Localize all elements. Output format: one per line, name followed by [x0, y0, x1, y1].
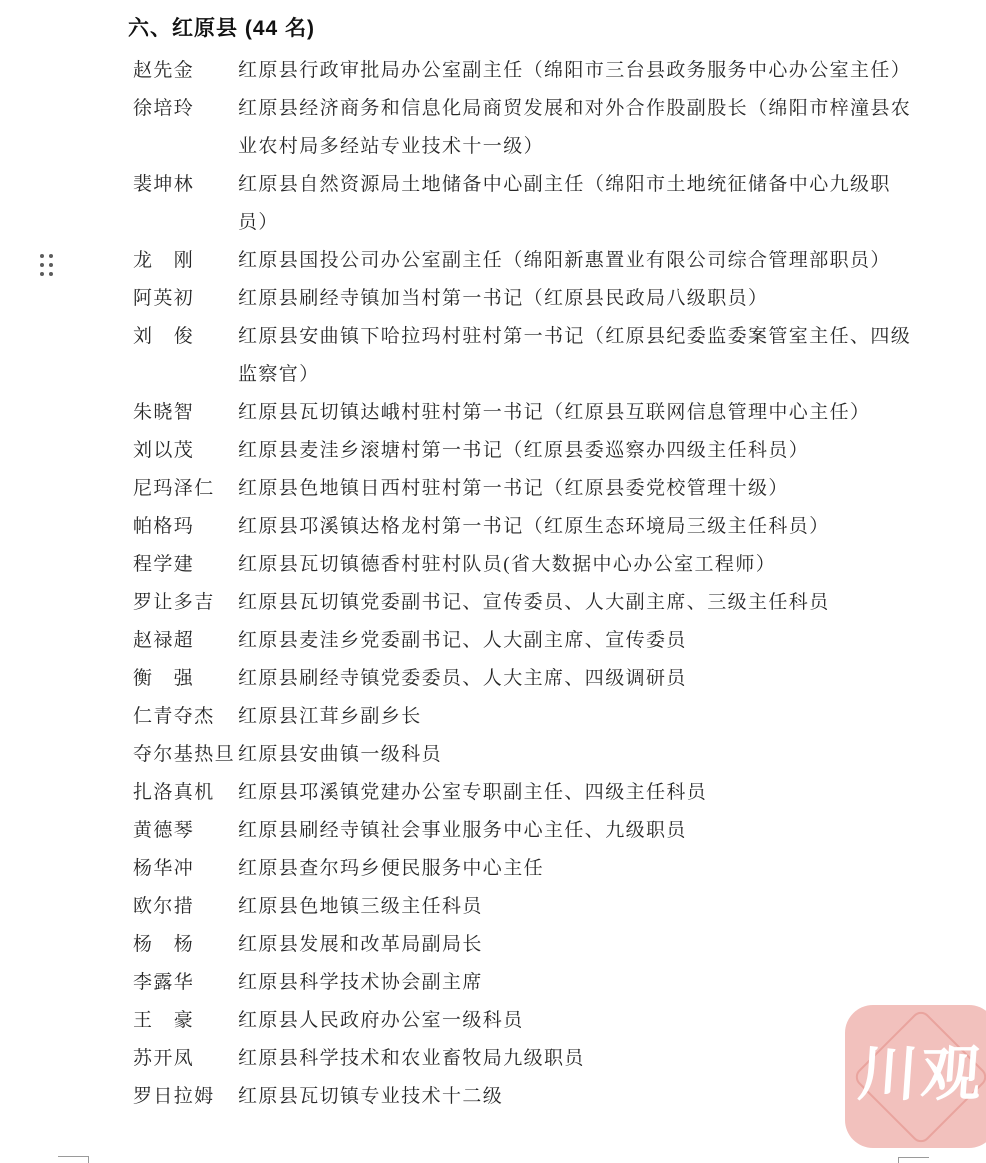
- list-item: 刘以茂红原县麦洼乡滚塘村第一书记（红原县委巡察办四级主任科员）: [133, 432, 923, 470]
- drag-handle-icon[interactable]: [36, 250, 57, 280]
- list-item: 李露华红原县科学技术协会副主席: [133, 964, 923, 1002]
- dot: [49, 272, 53, 276]
- list-item: 杨华冲红原县查尔玛乡便民服务中心主任: [133, 850, 923, 888]
- list-item: 扎洛真机红原县邛溪镇党建办公室专职副主任、四级主任科员: [133, 774, 923, 812]
- section-title: 六、红原县 (44 名): [128, 12, 315, 42]
- list-item: 帕格玛红原县邛溪镇达格龙村第一书记（红原生态环境局三级主任科员）: [133, 508, 923, 546]
- entry-name: 裴坤林: [133, 166, 238, 204]
- list-item: 阿英初红原县刷经寺镇加当村第一书记（红原县民政局八级职员）: [133, 280, 923, 318]
- dot: [49, 263, 53, 267]
- entry-name: 帕格玛: [133, 508, 238, 546]
- entry-name: 罗让多吉: [133, 584, 238, 622]
- entry-position: 红原县经济商务和信息化局商贸发展和对外合作股副股长（绵阳市梓潼县农业农村局多经站…: [238, 90, 914, 166]
- list-item: 赵禄超红原县麦洼乡党委副书记、人大副主席、宣传委员: [133, 622, 923, 660]
- dot: [40, 272, 44, 276]
- cutoff-box-corner-left: [58, 1156, 89, 1163]
- entry-name: 仁青夺杰: [133, 698, 238, 736]
- entry-name: 赵先金: [133, 52, 238, 90]
- cutoff-box-corner-right: [898, 1157, 929, 1163]
- entry-name: 杨 杨: [133, 926, 238, 964]
- list-item: 刘 俊红原县安曲镇下哈拉玛村驻村第一书记（红原县纪委监委案管室主任、四级监察官）: [133, 318, 923, 394]
- list-item: 夺尔基热旦红原县安曲镇一级科员: [133, 736, 923, 774]
- list-item: 程学建红原县瓦切镇德香村驻村队员(省大数据中心办公室工程师）: [133, 546, 923, 584]
- entry-name: 欧尔措: [133, 888, 238, 926]
- list-item: 赵先金红原县行政审批局办公室副主任（绵阳市三台县政务服务中心办公室主任）: [133, 52, 923, 90]
- entry-position: 红原县刷经寺镇加当村第一书记（红原县民政局八级职员）: [238, 280, 914, 318]
- entry-position: 红原县行政审批局办公室副主任（绵阳市三台县政务服务中心办公室主任）: [238, 52, 914, 90]
- watermark-text: 川观: [845, 1044, 986, 1104]
- list-item: 杨 杨红原县发展和改革局副局长: [133, 926, 923, 964]
- dot: [40, 263, 44, 267]
- entry-position: 红原县发展和改革局副局长: [238, 926, 914, 964]
- entry-name: 赵禄超: [133, 622, 238, 660]
- entry-position: 红原县国投公司办公室副主任（绵阳新惠置业有限公司综合管理部职员）: [238, 242, 914, 280]
- entry-position: 红原县江茸乡副乡长: [238, 698, 914, 736]
- entry-name: 刘 俊: [133, 318, 238, 356]
- list-item: 朱晓智红原县瓦切镇达峨村驻村第一书记（红原县互联网信息管理中心主任）: [133, 394, 923, 432]
- entry-name: 阿英初: [133, 280, 238, 318]
- entry-position: 红原县自然资源局土地储备中心副主任（绵阳市土地统征储备中心九级职员）: [238, 166, 914, 242]
- entry-position: 红原县刷经寺镇党委委员、人大主席、四级调研员: [238, 660, 914, 698]
- entry-name: 刘以茂: [133, 432, 238, 470]
- list-item: 苏开凤红原县科学技术和农业畜牧局九级职员: [133, 1040, 923, 1078]
- entry-name: 龙 刚: [133, 242, 238, 280]
- list-item: 徐培玲红原县经济商务和信息化局商贸发展和对外合作股副股长（绵阳市梓潼县农业农村局…: [133, 90, 923, 166]
- entry-position: 红原县麦洼乡党委副书记、人大副主席、宣传委员: [238, 622, 914, 660]
- entry-position: 红原县科学技术和农业畜牧局九级职员: [238, 1040, 914, 1078]
- list-item: 罗让多吉红原县瓦切镇党委副书记、宣传委员、人大副主席、三级主任科员: [133, 584, 923, 622]
- entry-position: 红原县人民政府办公室一级科员: [238, 1002, 914, 1040]
- entry-position: 红原县色地镇日西村驻村第一书记（红原县委党校管理十级）: [238, 470, 914, 508]
- entry-position: 红原县安曲镇下哈拉玛村驻村第一书记（红原县纪委监委案管室主任、四级监察官）: [238, 318, 914, 394]
- list-item: 尼玛泽仁红原县色地镇日西村驻村第一书记（红原县委党校管理十级）: [133, 470, 923, 508]
- list-item: 罗日拉姆红原县瓦切镇专业技术十二级: [133, 1078, 923, 1116]
- list-item: 仁青夺杰红原县江茸乡副乡长: [133, 698, 923, 736]
- entry-name: 朱晓智: [133, 394, 238, 432]
- entry-name: 扎洛真机: [133, 774, 238, 812]
- chuanguan-watermark-logo: 川观: [845, 1005, 986, 1148]
- entry-name: 尼玛泽仁: [133, 470, 238, 508]
- dot: [40, 254, 44, 258]
- entry-position: 红原县瓦切镇专业技术十二级: [238, 1078, 914, 1116]
- entry-position: 红原县查尔玛乡便民服务中心主任: [238, 850, 914, 888]
- entry-position: 红原县色地镇三级主任科员: [238, 888, 914, 926]
- list-item: 龙 刚红原县国投公司办公室副主任（绵阳新惠置业有限公司综合管理部职员）: [133, 242, 923, 280]
- entry-position: 红原县瓦切镇党委副书记、宣传委员、人大副主席、三级主任科员: [238, 584, 914, 622]
- entry-list: 赵先金红原县行政审批局办公室副主任（绵阳市三台县政务服务中心办公室主任）徐培玲红…: [133, 52, 923, 1116]
- entry-position: 红原县瓦切镇德香村驻村队员(省大数据中心办公室工程师）: [238, 546, 914, 584]
- entry-position: 红原县邛溪镇党建办公室专职副主任、四级主任科员: [238, 774, 914, 812]
- entry-name: 杨华冲: [133, 850, 238, 888]
- list-item: 黄德琴红原县刷经寺镇社会事业服务中心主任、九级职员: [133, 812, 923, 850]
- entry-name: 黄德琴: [133, 812, 238, 850]
- entry-position: 红原县科学技术协会副主席: [238, 964, 914, 1002]
- entry-name: 夺尔基热旦: [133, 736, 238, 774]
- entry-name: 程学建: [133, 546, 238, 584]
- entry-name: 苏开凤: [133, 1040, 238, 1078]
- list-item: 衡 强红原县刷经寺镇党委委员、人大主席、四级调研员: [133, 660, 923, 698]
- entry-name: 徐培玲: [133, 90, 238, 128]
- entry-position: 红原县安曲镇一级科员: [238, 736, 914, 774]
- list-item: 欧尔措红原县色地镇三级主任科员: [133, 888, 923, 926]
- entry-name: 王 豪: [133, 1002, 238, 1040]
- entry-position: 红原县瓦切镇达峨村驻村第一书记（红原县互联网信息管理中心主任）: [238, 394, 914, 432]
- entry-position: 红原县刷经寺镇社会事业服务中心主任、九级职员: [238, 812, 914, 850]
- entry-position: 红原县麦洼乡滚塘村第一书记（红原县委巡察办四级主任科员）: [238, 432, 914, 470]
- dot: [49, 254, 53, 258]
- list-item: 王 豪红原县人民政府办公室一级科员: [133, 1002, 923, 1040]
- entry-name: 罗日拉姆: [133, 1078, 238, 1116]
- entry-name: 衡 强: [133, 660, 238, 698]
- entry-position: 红原县邛溪镇达格龙村第一书记（红原生态环境局三级主任科员）: [238, 508, 914, 546]
- entry-name: 李露华: [133, 964, 238, 1002]
- list-item: 裴坤林红原县自然资源局土地储备中心副主任（绵阳市土地统征储备中心九级职员）: [133, 166, 923, 242]
